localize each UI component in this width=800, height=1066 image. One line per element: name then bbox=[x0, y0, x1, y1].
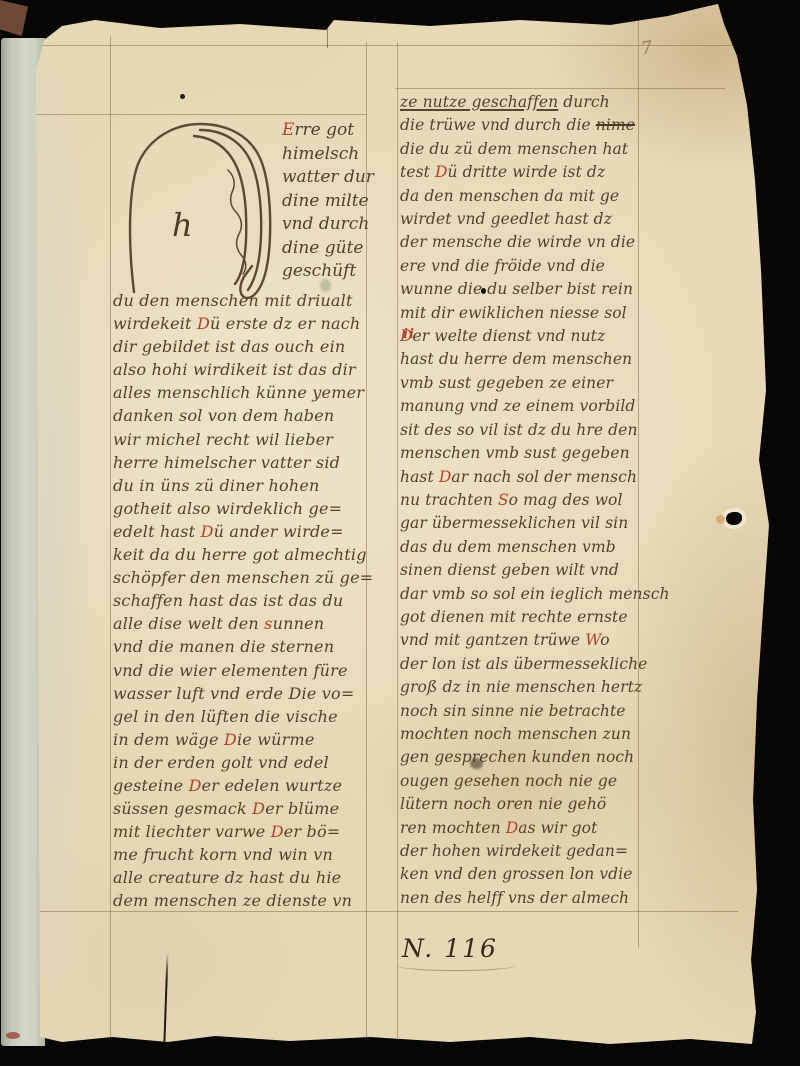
text-line: nen des helff vns der almech bbox=[400, 887, 670, 910]
text-line: alle creature dz hast du hie bbox=[113, 866, 373, 889]
ink-blot bbox=[470, 758, 483, 769]
catalog-number: N. 116 bbox=[402, 934, 498, 963]
text-line: manung vnd ze einem vorbild bbox=[400, 395, 670, 418]
ruling-line-top bbox=[36, 45, 736, 46]
text-line: gesteine Der edelen wurtze bbox=[113, 774, 373, 797]
text-line: dem menschen ze dienste vn bbox=[113, 889, 373, 912]
text-line: also hohi wirdikeit ist das dir bbox=[113, 358, 373, 381]
text-line: gar übermesseklichen vil sin bbox=[400, 512, 670, 535]
text-line: watter dur bbox=[282, 166, 374, 190]
initial-cap-lines: Erre gothimelschwatter durdine miltevnd … bbox=[282, 119, 374, 284]
text-line: schaffen hast das ist das du bbox=[113, 589, 373, 612]
wormhole-stain bbox=[716, 515, 725, 524]
text-line: vnd die manen die sternen bbox=[113, 635, 373, 658]
wormhole bbox=[726, 512, 742, 525]
ruling-line-text-top-right bbox=[395, 88, 725, 89]
left-column-text: du den menschen mit driualtwirdekeit Dü … bbox=[113, 289, 373, 913]
text-line: der mensche die wirde vn die bbox=[400, 231, 670, 254]
text-line: mit liechter varwe Der bö= bbox=[113, 820, 373, 843]
text-line: dine milte bbox=[282, 190, 374, 214]
text-line: ze nutze geschaffen durch bbox=[400, 91, 670, 114]
text-line: die trüwe vnd durch die nime bbox=[400, 114, 670, 137]
text-line: vnd durch bbox=[282, 213, 374, 237]
text-line: Erre got bbox=[282, 119, 374, 143]
manuscript-page: h Erre gothimelschwatter durdine miltevn… bbox=[0, 0, 800, 1066]
text-line: me frucht korn vnd win vn bbox=[113, 843, 373, 866]
text-line: die du zü dem menschen hat bbox=[400, 138, 670, 161]
green-stain bbox=[320, 279, 331, 292]
text-line: der lon ist als übermessekliche bbox=[400, 653, 670, 676]
text-line: ougen gesehen noch nie ge bbox=[400, 770, 670, 793]
text-line: du den menschen mit driualt bbox=[113, 289, 373, 312]
text-line: das du dem menschen vmb bbox=[400, 536, 670, 559]
text-line: Der welte dienst vnd nutz bbox=[400, 325, 670, 348]
parchment-crack-bottom bbox=[163, 952, 168, 1042]
text-line: gen gesprechen kunden noch bbox=[400, 746, 670, 769]
text-line: in der erden golt vnd edel bbox=[113, 751, 373, 774]
text-line: süssen gesmack Der blüme bbox=[113, 797, 373, 820]
catalog-underline-flourish bbox=[397, 960, 515, 971]
text-line: mochten noch menschen zun bbox=[400, 723, 670, 746]
text-line: mit dir ewiklichen niesse sol bbox=[400, 302, 670, 325]
text-line: gotheit also wirdeklich ge= bbox=[113, 497, 373, 520]
text-line: vnd die wier elementen füre bbox=[113, 659, 373, 682]
guide-letter: h bbox=[172, 206, 193, 244]
manuscript-photo: h Erre gothimelschwatter durdine miltevn… bbox=[0, 0, 800, 1066]
text-line: lütern noch oren nie gehö bbox=[400, 793, 670, 816]
text-line: hast Dar nach sol der mensch bbox=[400, 466, 670, 489]
text-line: wirdet vnd geedlet hast dz bbox=[400, 208, 670, 231]
text-line: wir michel recht wil lieber bbox=[113, 428, 373, 451]
text-line: sinen dienst geben wilt vnd bbox=[400, 559, 670, 582]
text-line: herre himelscher vatter sid bbox=[113, 451, 373, 474]
right-column-text: ze nutze geschaffen durchdie trüwe vnd d… bbox=[400, 91, 670, 910]
text-line: alles menschlich künne yemer bbox=[113, 381, 373, 404]
text-line: in dem wäge Die würme bbox=[113, 728, 373, 751]
torn-corner-scrap bbox=[0, 0, 28, 36]
text-line: ren mochten Das wir got bbox=[400, 817, 670, 840]
text-line: menschen vmb sust gegeben bbox=[400, 442, 670, 465]
ink-speck bbox=[481, 288, 486, 294]
text-line: test Dü dritte wirde ist dz bbox=[400, 161, 670, 184]
text-line: ere vnd die fröide vnd die bbox=[400, 255, 670, 278]
ruling-line-left-margin bbox=[110, 36, 111, 1038]
text-line: danken sol von dem haben bbox=[113, 404, 373, 427]
text-line: alle dise welt den sunnen bbox=[113, 612, 373, 635]
text-line: wasser luft vnd erde Die vo= bbox=[113, 682, 373, 705]
ink-speck bbox=[180, 94, 185, 99]
text-line: edelt hast Dü ander wirde= bbox=[113, 520, 373, 543]
text-line: da den menschen da mit ge bbox=[400, 185, 670, 208]
text-line: ken vnd den grossen lon vdie bbox=[400, 863, 670, 886]
text-line: hast du herre dem menschen bbox=[400, 348, 670, 371]
ruling-line-gutter-right bbox=[397, 42, 398, 1038]
text-line: dir gebildet ist das ouch ein bbox=[113, 335, 373, 358]
folio-number: 7 bbox=[639, 37, 654, 60]
parchment-crease-top bbox=[327, 20, 328, 48]
binding-speck bbox=[6, 1032, 20, 1039]
text-line: sit des so vil ist dz du hre den bbox=[400, 419, 670, 442]
decorated-initial-h: h bbox=[124, 114, 284, 304]
text-line: got dienen mit rechte ernste bbox=[400, 606, 670, 629]
text-line: wunne die du selber bist rein bbox=[400, 278, 670, 301]
text-line: wirdekeit Dü erste dz er nach bbox=[113, 312, 373, 335]
text-line: groß dz in nie menschen hertz bbox=[400, 676, 670, 699]
text-line: dine güte bbox=[282, 237, 374, 261]
text-line: du in üns zü diner hohen bbox=[113, 474, 373, 497]
text-line: noch sin sinne nie betrachte bbox=[400, 700, 670, 723]
margin-rubric-mark: ii bbox=[403, 327, 415, 342]
text-line: dar vmb so sol ein ieglich mensch bbox=[400, 583, 670, 606]
text-line: vmb sust gegeben ze einer bbox=[400, 372, 670, 395]
text-line: himelsch bbox=[282, 143, 374, 167]
text-line: gel in den lüften die vische bbox=[113, 705, 373, 728]
text-line: nu trachten So mag des wol bbox=[400, 489, 670, 512]
text-line: keit da du herre got almechtig bbox=[113, 543, 373, 566]
text-line: der hohen wirdekeit gedan= bbox=[400, 840, 670, 863]
text-line: vnd mit gantzen trüwe Wo bbox=[400, 629, 670, 652]
text-line: schöpfer den menschen zü ge= bbox=[113, 566, 373, 589]
